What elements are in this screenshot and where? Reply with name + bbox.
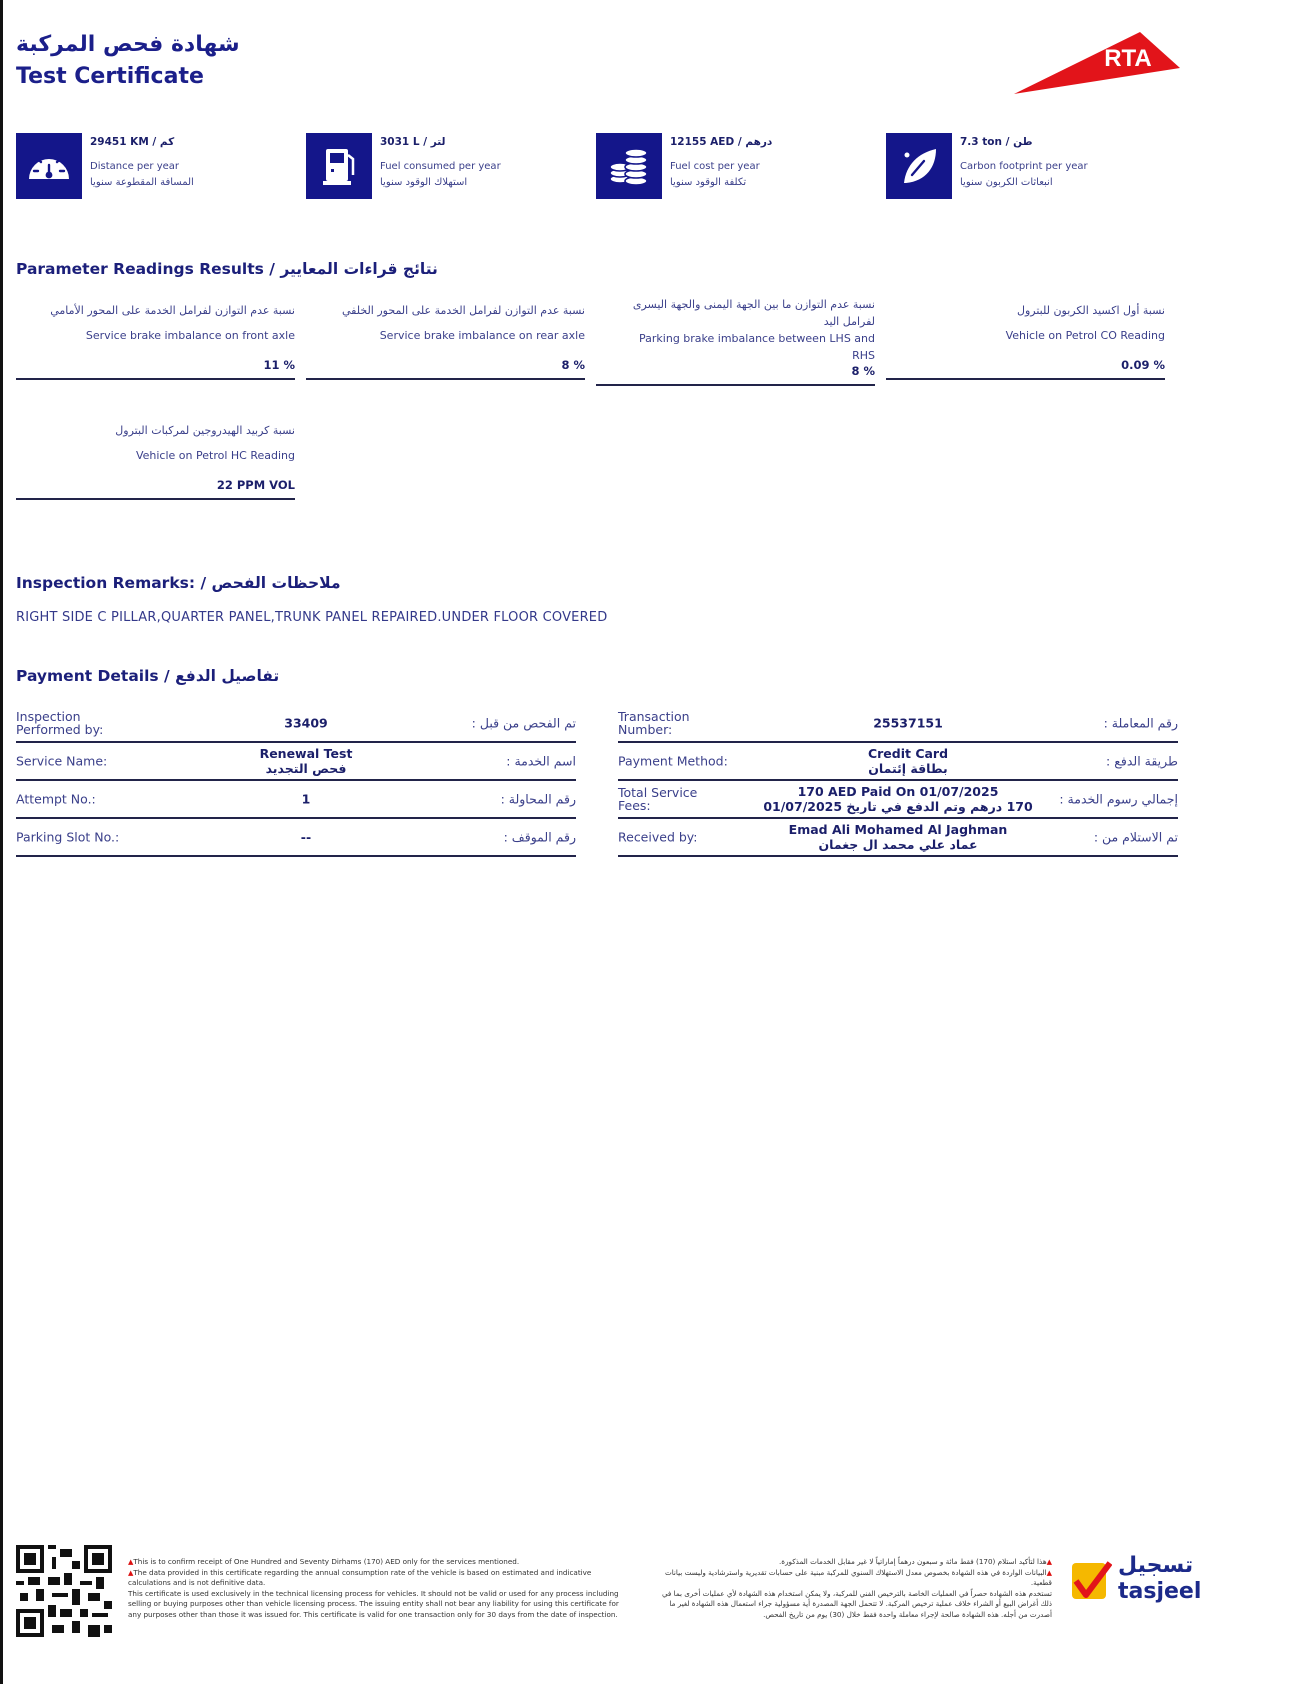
param-value: 11 % (16, 358, 295, 378)
row-label-ar: طريقة الدفع : (1106, 754, 1178, 769)
payment-row-method: Payment Method: Credit Cardبطاقة إئتمان … (618, 743, 1178, 781)
warning-icon: ▲ (1047, 1558, 1052, 1566)
param-label-ar: نسبة عدم التوازن لفرامل الخدمة على المحو… (16, 302, 295, 319)
param-label-en: Service brake imbalance on front axle (16, 327, 295, 344)
row-label-ar: رقم الموقف : (504, 830, 576, 845)
metric-label-en: Distance per year (90, 161, 179, 172)
metric-label-en: Carbon footprint per year (960, 161, 1088, 172)
metric-label-en: Fuel consumed per year (380, 161, 501, 172)
warning-icon: ▲ (1047, 1569, 1052, 1577)
row-label-en: Payment Method: (618, 755, 778, 768)
param-hc-reading: نسبة كربيد الهيدروجين لمركبات البترول Ve… (16, 422, 295, 500)
param-label-en: Vehicle on Petrol CO Reading (886, 327, 1165, 344)
metric-label-ar: استهلاك الوقود سنويا (380, 177, 467, 188)
row-label-en: Transaction Number: (618, 710, 708, 736)
param-label-ar: نسبة عدم التوازن ما بين الجهة اليمنى وال… (596, 296, 875, 330)
leaf-icon (886, 133, 952, 199)
metric-value: 29451 KM / كم (90, 136, 174, 148)
metric-carbon: 7.3 ton / طن Carbon footprint per year ا… (886, 133, 1166, 201)
row-value: 1 (166, 792, 446, 807)
metric-distance: 29451 KM / كم Distance per year المسافة … (16, 133, 296, 201)
speedometer-icon (16, 133, 82, 199)
brand-name-ar: تسجيل (1118, 1553, 1193, 1578)
payment-title: Payment Details / تفاصيل الدفع (16, 667, 279, 685)
param-co-reading: نسبة أول اكسيد الكربون للبترول Vehicle o… (886, 302, 1165, 380)
tasjeel-logo: تسجيل tasjeel (1070, 1553, 1190, 1609)
checkmark-icon (1070, 1559, 1112, 1603)
remarks-title: Inspection Remarks: / ملاحظات الفحص (16, 574, 341, 592)
payment-row-received: Received by: Emad Ali Mohamed Al Jaghman… (618, 819, 1178, 857)
metric-value: 3031 L / لتر (380, 136, 445, 148)
row-value: Emad Ali Mohamed Al Jaghmanعماد علي محمد… (738, 822, 1058, 852)
metric-value: 7.3 ton / طن (960, 136, 1032, 148)
param-label-ar: نسبة أول اكسيد الكربون للبترول (886, 302, 1165, 319)
metric-value: 12155 AED / درهم (670, 136, 772, 148)
certificate-title-en: Test Certificate (16, 64, 204, 89)
metric-label-en: Fuel cost per year (670, 161, 760, 172)
brand-name-en: tasjeel (1118, 1579, 1201, 1604)
certificate-title-ar: شهادة فحص المركبة (16, 32, 240, 57)
rta-logo: RTA (1012, 28, 1182, 98)
metric-fuel-cost: 12155 AED / درهم Fuel cost per year تكلف… (596, 133, 876, 201)
row-label-en: Service Name: (16, 755, 176, 768)
payment-row-fees: Total Service Fees: 170 AED Paid On 01/0… (618, 781, 1178, 819)
row-value: -- (166, 830, 446, 845)
param-parking-brake: نسبة عدم التوازن ما بين الجهة اليمنى وال… (596, 296, 875, 386)
row-value: Credit Cardبطاقة إئتمان (768, 746, 1048, 776)
param-rear-brake: نسبة عدم التوازن لفرامل الخدمة على المحو… (306, 302, 585, 380)
row-label-en: Attempt No.: (16, 793, 176, 806)
param-label-ar: نسبة كربيد الهيدروجين لمركبات البترول (16, 422, 295, 439)
payment-row-attempt: Attempt No.: 1 رقم المحاولة : (16, 781, 576, 819)
metric-label-ar: تكلفة الوقود سنويا (670, 177, 746, 188)
row-value: Renewal Testفحص التجديد (166, 746, 446, 776)
parameters-title: Parameter Readings Results / نتائج قراءا… (16, 260, 438, 278)
fuel-pump-icon (306, 133, 372, 199)
payment-table-left: Inspection Performed by: 33409 تم الفحص … (16, 705, 576, 857)
payment-row-inspector: Inspection Performed by: 33409 تم الفحص … (16, 705, 576, 743)
metric-fuel: 3031 L / لتر Fuel consumed per year استه… (306, 133, 586, 201)
svg-text:RTA: RTA (1104, 45, 1152, 72)
footer-disclaimer-ar: ▲هذا لتأكيد استلام (170) فقط مائة و سبعو… (652, 1557, 1052, 1620)
metric-label-ar: انبعاثات الكربون سنويا (960, 177, 1053, 188)
row-value: 170 AED Paid On 01/07/2025170 درهم وتم ا… (738, 784, 1058, 814)
param-value: 0.09 % (886, 358, 1165, 378)
row-label-ar: إجمالي رسوم الخدمة : (1059, 792, 1178, 807)
qr-code[interactable] (16, 1545, 112, 1637)
coins-icon (596, 133, 662, 199)
remarks-text: RIGHT SIDE C PILLAR,QUARTER PANEL,TRUNK … (16, 610, 607, 625)
row-label-en: Inspection Performed by: (16, 710, 126, 736)
param-front-brake: نسبة عدم التوازن لفرامل الخدمة على المحو… (16, 302, 295, 380)
row-label-ar: تم الاستلام من : (1094, 830, 1178, 845)
row-value: 33409 (166, 716, 446, 731)
row-label-ar: اسم الخدمة : (506, 754, 576, 769)
row-label-ar: تم الفحص من قبل : (472, 716, 576, 731)
row-label-en: Parking Slot No.: (16, 831, 176, 844)
param-value: 8 % (306, 358, 585, 378)
param-label-en: Vehicle on Petrol HC Reading (16, 447, 295, 464)
param-label-ar: نسبة عدم التوازن لفرامل الخدمة على المحو… (306, 302, 585, 319)
row-label-ar: رقم المحاولة : (501, 792, 576, 807)
payment-table-right: Transaction Number: 25537151 رقم المعامل… (618, 705, 1178, 857)
row-label-ar: رقم المعاملة : (1104, 716, 1178, 731)
payment-row-parking: Parking Slot No.: -- رقم الموقف : (16, 819, 576, 857)
row-value: 25537151 (768, 716, 1048, 731)
footer-disclaimer-en: ▲This is to confirm receipt of One Hundr… (128, 1557, 628, 1620)
row-label-en: Total Service Fees: (618, 786, 718, 812)
payment-row-service: Service Name: Renewal Testفحص التجديد اس… (16, 743, 576, 781)
page-edge (0, 0, 3, 1684)
param-label-en: Parking brake imbalance between LHS and … (596, 330, 875, 364)
param-value: 8 % (596, 364, 875, 384)
param-value: 22 PPM VOL (16, 478, 295, 498)
param-label-en: Service brake imbalance on rear axle (306, 327, 585, 344)
metric-label-ar: المسافة المقطوعة سنويا (90, 177, 194, 188)
payment-row-transaction: Transaction Number: 25537151 رقم المعامل… (618, 705, 1178, 743)
